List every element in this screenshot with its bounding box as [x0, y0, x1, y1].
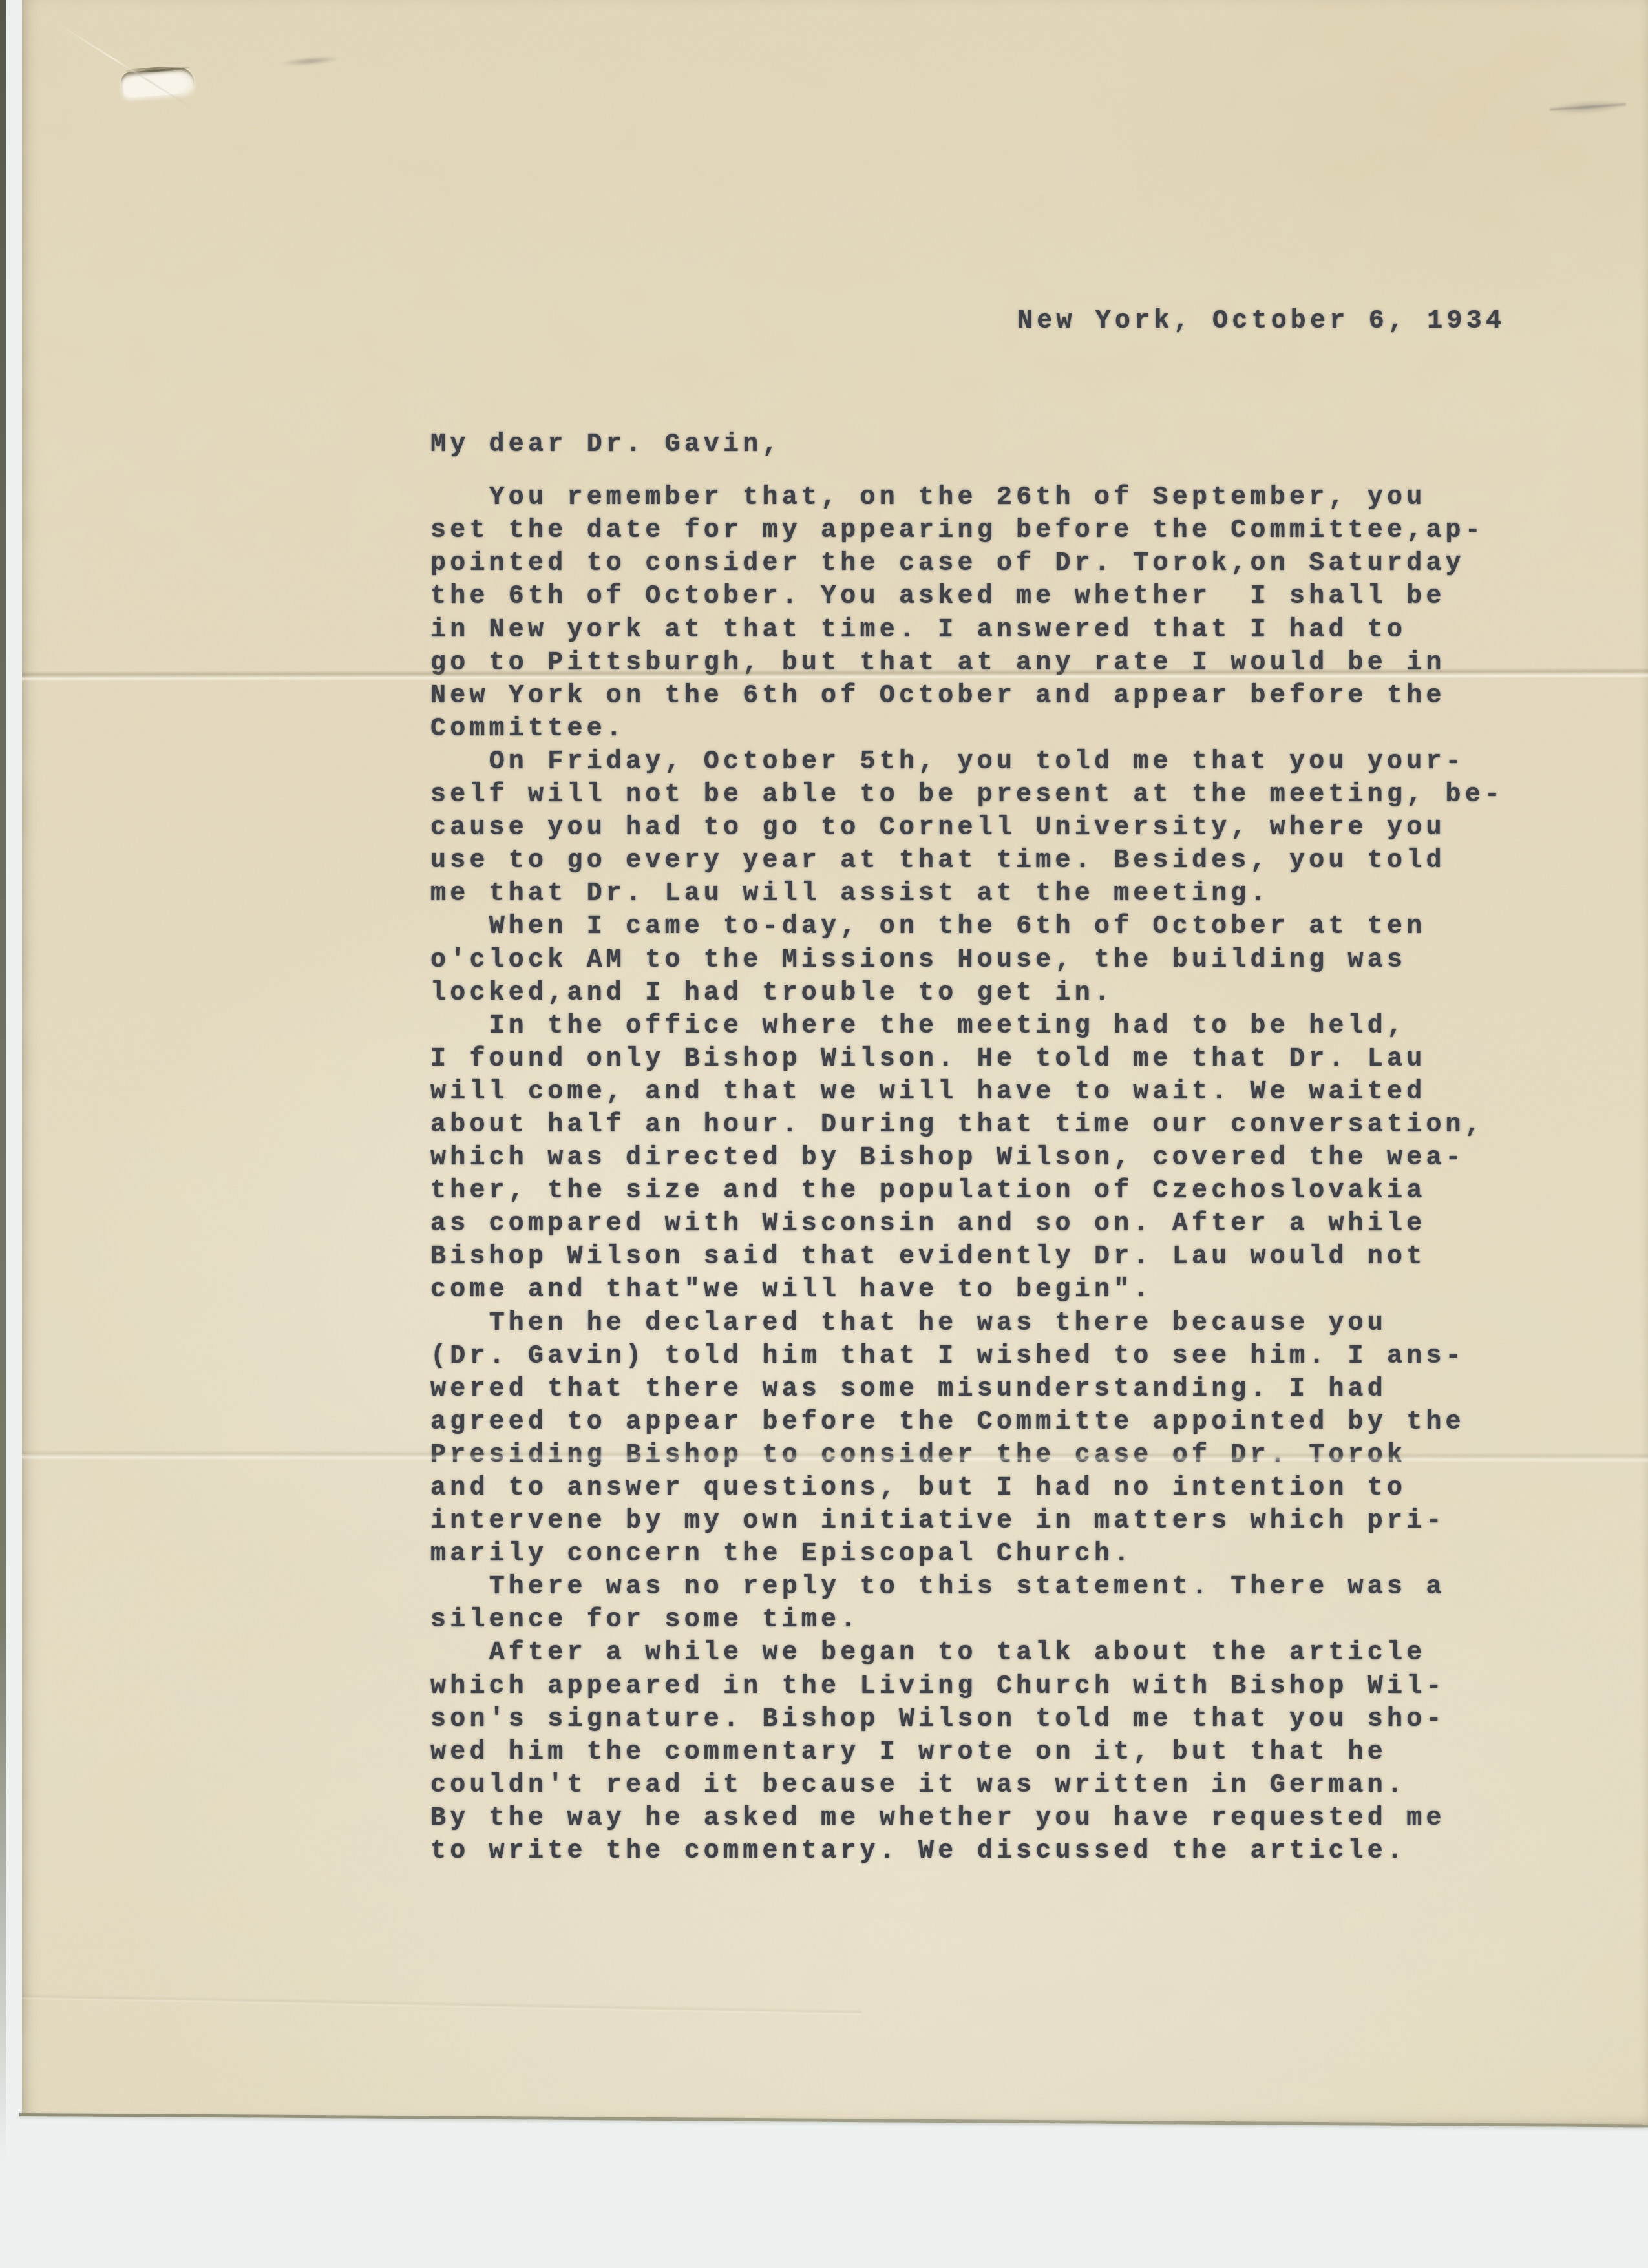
letter-paragraph: On Friday, October 5th, you told me that…: [430, 746, 1523, 910]
scanned-letter-page: New York, October 6, 1934 My dear Dr. Ga…: [0, 0, 1648, 2268]
letter-body: You remember that, on the 26th of Septem…: [430, 481, 1523, 1868]
letter-paragraph: Then he declared that he was there becau…: [430, 1307, 1523, 1571]
letter-salutation: My dear Dr. Gavin,: [430, 428, 1523, 461]
letter-paragraph: In the office where the meeting had to b…: [430, 1010, 1523, 1307]
letter-paragraph: You remember that, on the 26th of Septem…: [430, 481, 1523, 746]
letter-dateline: New York, October 6, 1934: [1017, 305, 1523, 338]
scanner-edge-shadow: [0, 0, 6, 2165]
letter-paragraph: When I came to-day, on the 6th of Octobe…: [430, 910, 1523, 1009]
letter-paragraph: There was no reply to this statement. Th…: [430, 1571, 1523, 1637]
letter-content: New York, October 6, 1934 My dear Dr. Ga…: [430, 305, 1523, 1868]
letter-paragraph: After a while we began to talk about the…: [430, 1637, 1523, 1868]
